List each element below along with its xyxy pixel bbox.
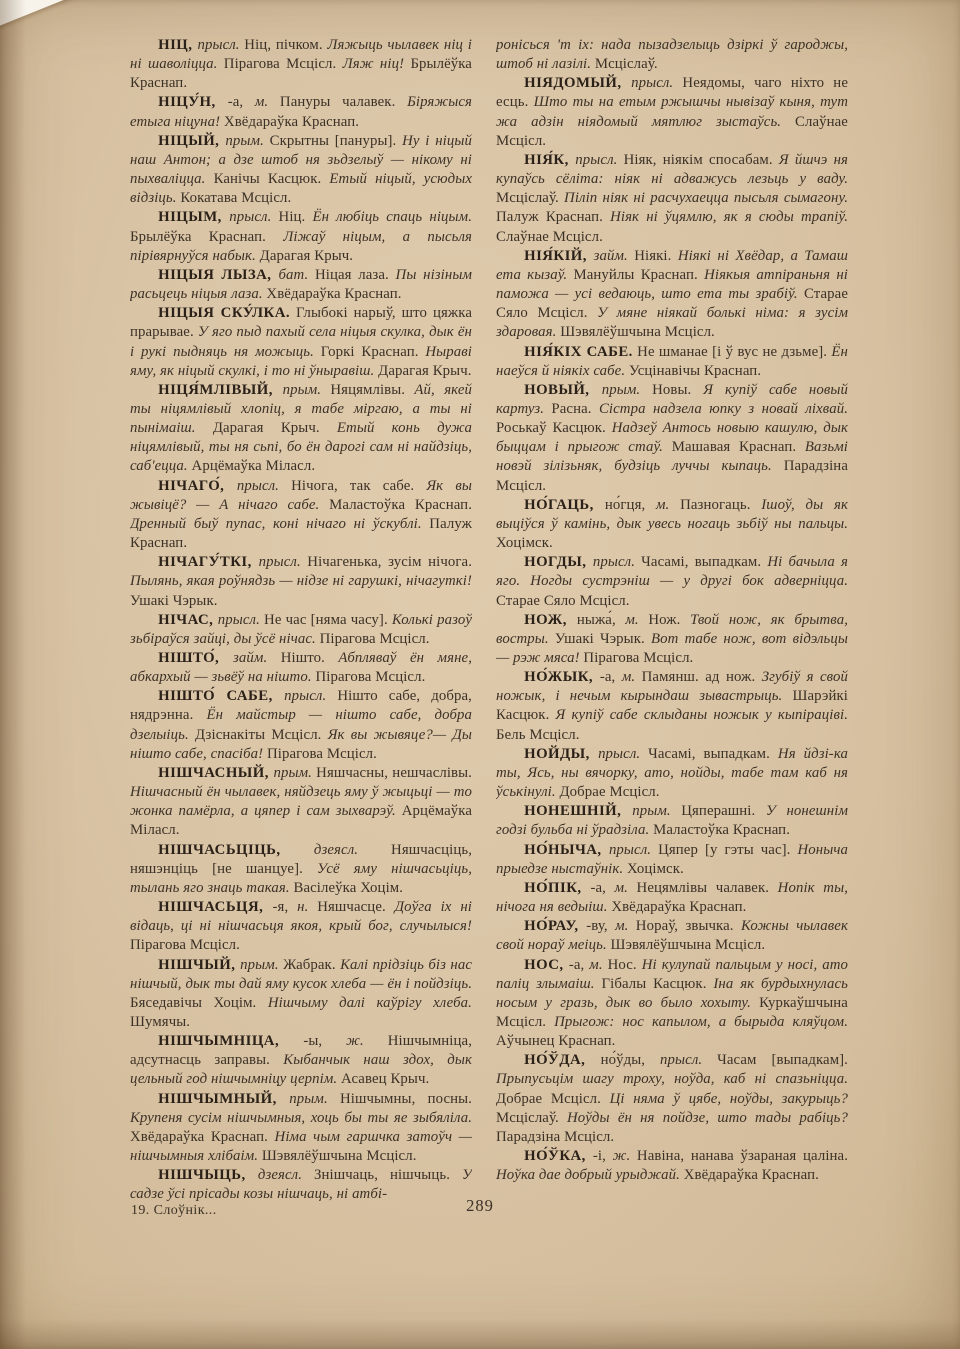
headword: НО́ГАЦЬ, <box>524 497 605 513</box>
definition-text: Хоцімск. <box>496 535 553 551</box>
definition-text: Пірагова Мсцісл. <box>217 56 342 72</box>
dictionary-entry: НОЖ, ныжа́, м. Нож. Твой нож, як брытва,… <box>496 611 848 668</box>
definition-text: Усцінавічы Краснап. <box>625 363 761 379</box>
grammar-label: прысл. <box>259 554 301 570</box>
definition-text: Гібалы Касцюк. <box>595 976 714 992</box>
headword: НІЯ́КІЙ, <box>524 248 594 264</box>
dictionary-entry: НІЯДОМЫЙ, прысл. Неядомы, чаго ніхто не … <box>496 74 848 151</box>
dictionary-entry: НІЯ́КІХ САБЕ. Не шманае [і ў вус не дзьм… <box>496 343 848 381</box>
definition-text: Часамі, выпадкам. <box>640 746 778 762</box>
definition-text: Ніякі. <box>628 248 678 264</box>
grammar-label: дзеясл. <box>314 842 358 858</box>
definition-text: -я, <box>273 899 298 915</box>
definition-text: Хвёдараўка Краснап. <box>608 899 747 915</box>
headword: НО́ЖЫК, <box>524 669 600 685</box>
dictionary-entry: НІШТО́ САБЕ, прысл. Нішто сабе, добра, н… <box>130 687 472 764</box>
definition-text: Нішчымны, посны. <box>328 1091 472 1107</box>
example-quote: Піліп ніяк ні расчухаецца пысьля сымагон… <box>564 190 848 206</box>
headword: НІЯДОМЫЙ, <box>524 75 631 91</box>
headword: НІЦЯ́МЛІВЫЙ, <box>158 382 282 398</box>
definition-text: Маластоўка Краснап. <box>319 497 472 513</box>
grammar-label: прым. <box>273 765 311 781</box>
dictionary-entry: НО́ЎКА, -і, ж. Навіна, нанава ўзараная ц… <box>496 1147 848 1185</box>
headword: НОЖ, <box>524 612 577 628</box>
grammar-label: м. <box>625 612 638 628</box>
headword: НО́ПІК, <box>524 880 590 896</box>
definition-text: Ушакі Чэрык. <box>549 631 651 647</box>
headword: НІЯ́К, <box>524 152 575 168</box>
grammar-label: прысл. <box>631 75 673 91</box>
definition-text: Парадзіна Мсцісл. <box>496 1129 614 1145</box>
dictionary-entry: НІЦЫЙ, прым. Скрытны [пануры]. Ну і ніцы… <box>130 132 472 209</box>
dictionary-entry: НІШЧЫЙ, прым. Жабрак. Калі прідзіць біз … <box>130 956 472 1033</box>
definition-text: Васілеўка Хоцім. <box>290 880 403 896</box>
definition-text: Пануры чалавек. <box>268 94 407 110</box>
definition-text: Пірагова Мсцісл. <box>312 669 426 685</box>
dictionary-entry: НІЦЯ́МЛІВЫЙ, прым. Няцямлівы. Ай, якей т… <box>130 381 472 477</box>
definition-text: Часамі, выпадкам. <box>635 554 767 570</box>
headword: НІШЧАСНЫЙ, <box>158 765 273 781</box>
dictionary-entry: НІШЧАСЬЦЯ, -я, н. Няшчасце. Доўга іх ні … <box>130 898 472 955</box>
grammar-label: м. <box>656 497 669 513</box>
definition-text: Шэвялёўшчына Мсцісл. <box>258 1148 416 1164</box>
definition-text: Ніц, пічком. <box>240 37 328 53</box>
grammar-label: прысл. <box>660 1052 702 1068</box>
dictionary-entry: НІШЧЫМНІЦА, -ы, ж. Нішчымніца, адсутнасц… <box>130 1032 472 1089</box>
definition-text: Нічога, так сабе. <box>279 478 426 494</box>
headword: НІЦУ́Н, <box>158 94 228 110</box>
grammar-label: м. <box>615 918 628 934</box>
definition-text: Нораў, звычка. <box>628 918 741 934</box>
definition-text: Хвёдараўка Краснап. <box>220 114 359 130</box>
definition-text: Не час [няма часу]. <box>260 612 392 628</box>
grammar-label: м. <box>622 669 635 685</box>
definition-text: Асавец Крыч. <box>337 1071 429 1087</box>
example-quote: Прыпусьцім шагу троху, ноўда, каб ні спа… <box>496 1071 848 1087</box>
definition-text: Мануйлы Краснап. <box>567 267 704 283</box>
grammar-label: прым. <box>283 382 321 398</box>
headword: НО́ЎКА, <box>524 1148 593 1164</box>
example-quote: Ён любіць спаць ніцым. <box>312 209 472 225</box>
grammar-label: прым. <box>240 957 278 973</box>
dictionary-entry: НІЦ, прысл. Ніц, пічком. Ляжыць чылавек … <box>130 36 472 93</box>
definition-text: -і, <box>593 1148 613 1164</box>
dictionary-entry: НОЙДЫ, прысл. Часамі, выпадкам. Ня йдзі-… <box>496 745 848 802</box>
headword: НО́РАУ, <box>524 918 586 934</box>
dictionary-entry: НО́ГАЦЬ, но́гця, м. Пазногаць. Ішоў, ды … <box>496 496 848 553</box>
grammar-label: м. <box>255 94 268 110</box>
definition-text: Пірагова Мсцісл. <box>263 746 377 762</box>
grammar-label: займ. <box>594 248 628 264</box>
right-column: ронісься 'т іх: нада пызадзелыць дзіркі … <box>496 36 848 1204</box>
headword: НІШЧЫЙ, <box>158 957 240 973</box>
scan-bottom-shadow <box>0 1319 960 1349</box>
grammar-label: прысл. <box>575 152 617 168</box>
definition-text: Пірагова Мсцісл. <box>316 631 430 647</box>
grammar-label: прысл. <box>593 554 635 570</box>
grammar-label: н. <box>297 899 308 915</box>
headword: НОС, <box>524 957 569 973</box>
definition-text: Дарагая Крыч. <box>374 363 471 379</box>
headword: НІШЧЫМНІЦА, <box>158 1033 303 1049</box>
grammar-label: прысл. <box>598 746 640 762</box>
definition-text: Горкі Краснап. <box>314 344 425 360</box>
definition-text: Бяседавічы Хоцім. <box>130 995 268 1011</box>
definition-text: Хвёдараўка Краснап. <box>130 1129 275 1145</box>
definition-text: Ніяк, ніякім спосабам. <box>617 152 778 168</box>
grammar-label: прым. <box>632 803 670 819</box>
definition-text: но́гця, <box>605 497 656 513</box>
definition-text: -а, <box>590 880 614 896</box>
definition-text: Аўчынец Краснап. <box>496 1033 615 1049</box>
dictionary-entry: НОНЕШНІЙ, прым. Цяперашні. У нонешнім го… <box>496 802 848 840</box>
definition-text: Нож. <box>639 612 690 628</box>
headword: НО́НЫЧА, <box>524 842 609 858</box>
definition-text: Мсціслаў. <box>496 1110 567 1126</box>
definition-text: Канічы Касцюк. <box>205 171 329 187</box>
example-quote: Ніяк ні ўцямлю, як я сюды трапіў. <box>610 209 848 225</box>
grammar-label: прым. <box>602 382 640 398</box>
dictionary-entry: НО́ПІК, -а, м. Нецямлівы чалавек. Нопік … <box>496 879 848 917</box>
scan-left-shadow <box>0 0 26 1349</box>
definition-text: Нецямлівы чалавек. <box>628 880 778 896</box>
definition-text: -ву, <box>586 918 615 934</box>
headword: НОЙДЫ, <box>524 746 598 762</box>
dictionary-entry: НОГДЫ, прысл. Часамі, выпадкам. Ні бачыл… <box>496 553 848 610</box>
definition-text: Нішто. <box>267 650 338 666</box>
example-quote: Прыгож: нос капылом, а бырыда кляўцом. <box>554 1014 848 1030</box>
definition-text: Ушакі Чэрык. <box>130 593 218 609</box>
dictionary-entry: НІЦЫЯ СКУ́ЛКА. Глыбокі нарыў, што цяжка … <box>130 304 472 381</box>
grammar-label: прысл. <box>609 842 651 858</box>
definition-text: но́ўды, <box>601 1052 660 1068</box>
definition-text: -ы, <box>303 1033 346 1049</box>
definition-text: Расна. <box>544 401 599 417</box>
dictionary-entry: НО́РАУ, -ву, м. Нораў, звычка. Кожны чыл… <box>496 917 848 955</box>
scanned-page: НІЦ, прысл. Ніц, пічком. Ляжыць чылавек … <box>0 0 960 1349</box>
grammar-label: бат. <box>278 267 308 283</box>
definition-text: Ніцая лаза. <box>308 267 395 283</box>
example-quote: Крупеня сусім нішчымныя, хоць бы ты яе з… <box>130 1110 472 1126</box>
example-quote: Нішчыму далі каўрігу хлеба. <box>268 995 472 1011</box>
headword: НІЦЫЯ СКУ́ЛКА. <box>158 305 290 321</box>
definition-text: -а, <box>600 669 622 685</box>
grammar-label: ж. <box>346 1033 364 1049</box>
headword: НІШЧЫМНЫЙ, <box>158 1091 289 1107</box>
definition-text: Цяперашні. <box>671 803 766 819</box>
example-quote: Ноўды ён ня пойдзе, што тады рабіць? <box>567 1110 848 1126</box>
grammar-label: прым. <box>225 133 263 149</box>
dictionary-entry: НІЧАС, прысл. Не час [няма часу]. Колькі… <box>130 611 472 649</box>
grammar-label: ж. <box>613 1148 631 1164</box>
headword: НОНЕШНІЙ, <box>524 803 632 819</box>
grammar-label: м. <box>615 880 628 896</box>
definition-text: Жабрак. <box>279 957 340 973</box>
definition-text: Добрае Мсцісл. <box>496 1091 610 1107</box>
dictionary-entry: НІЧАГО́, прысл. Нічога, так сабе. Як вы … <box>130 477 472 554</box>
left-column: НІЦ, прысл. Ніц, пічком. Ляжыць чылавек … <box>130 36 472 1204</box>
definition-text: Дарагая Крыч. <box>256 248 353 264</box>
grammar-label: прысл. <box>229 209 271 225</box>
definition-text: Палуж Краснап. <box>496 209 610 225</box>
definition-text: Маластоўка Краснап. <box>649 822 790 838</box>
example-quote: Ноўка дае добрый урыджай. <box>496 1167 680 1183</box>
dictionary-entry: НІЦУ́Н, -а, м. Пануры чалавек. Біряжыся … <box>130 93 472 131</box>
headword: НІШТО́, <box>158 650 233 666</box>
definition-text: Дзіснакіты Мсцісл. <box>189 727 328 743</box>
grammar-label: займ. <box>233 650 267 666</box>
headword: НО́ЎДА, <box>524 1052 600 1068</box>
headword: НІЦ, <box>158 37 197 53</box>
definition-text: Няцямлівы. <box>321 382 414 398</box>
dictionary-entry: НІЧАГУ́ТКІ, прысл. Нічагенька, зусім ніч… <box>130 553 472 610</box>
definition-text: Шэвялёўшчына Мсцісл. <box>556 324 714 340</box>
definition-text: Хвёдараўка Краснап. <box>263 286 402 302</box>
example-quote: Я купіў сабе склыданы ножык у кыпіраціві… <box>556 707 848 723</box>
definition-text: Мсціслаў. <box>496 190 564 206</box>
grammar-label: прым. <box>289 1091 327 1107</box>
definition-text: Пазногаць. <box>669 497 761 513</box>
headword: НІШЧАСЬЦЯ, <box>158 899 272 915</box>
definition-text: -а, <box>228 94 255 110</box>
definition-text: Слаўнае Мсцісл. <box>496 229 603 245</box>
definition-text: Брылёўка Краснап. <box>130 229 283 245</box>
headword: НІШТО́ САБЕ, <box>158 688 284 704</box>
dictionary-entry: НОВЫЙ, прым. Новы. Я купіў сабе новый ка… <box>496 381 848 496</box>
dictionary-entry: НІЦЫМ, прысл. Ніц. Ён любіць спаць ніцым… <box>130 208 472 265</box>
example-quote: Ляж ніц! <box>343 56 404 72</box>
headword: НІЦЫМ, <box>158 209 229 225</box>
definition-text: Нічагенька, зусім нічога. <box>301 554 472 570</box>
definition-text: Навіна, нанава ўзараная цаліна. <box>630 1148 848 1164</box>
definition-text: Добрае Мсцісл. <box>556 784 660 800</box>
definition-text: Пірагова Мсцісл. <box>130 937 240 953</box>
definition-text: Шэвялёўшчына Мсцісл. <box>607 937 765 953</box>
dictionary-entry: НІШЧЫМНЫЙ, прым. Нішчымны, посны. Крупен… <box>130 1090 472 1167</box>
definition-text: Часам [выпадкам]. <box>702 1052 848 1068</box>
definition-text: Няшчасце. <box>308 899 394 915</box>
definition-text: Ніц. <box>271 209 312 225</box>
definition-text: Кокатава Мсцісл. <box>177 190 292 206</box>
definition-text: -а, <box>569 957 589 973</box>
grammar-label: м. <box>589 957 602 973</box>
dictionary-entry: НО́ЎДА, но́ўды, прысл. Часам [выпадкам].… <box>496 1051 848 1147</box>
headword: НІЧАС, <box>158 612 218 628</box>
definition-text: Дарагая Крыч. <box>196 420 337 436</box>
example-quote: Ці няма ў цябе, ноўды, закурыць? <box>610 1091 848 1107</box>
definition-text: Цяпер [у гэты час]. <box>651 842 797 858</box>
definition-text: Знішчаць, нішчыць. <box>302 1167 462 1183</box>
definition-text: Скрытны [пануры]. <box>264 133 402 149</box>
definition-text: Мсціслаў. <box>591 56 658 72</box>
dictionary-entry: НІШТО́, займ. Нішто. Абпляваў ён мяне, а… <box>130 649 472 687</box>
entry-continuation: ронісься 'т іх: нада пызадзелыць дзіркі … <box>496 36 848 74</box>
headword: НОГДЫ, <box>524 554 593 570</box>
headword: НІШЧАСЬЦІЦЬ, <box>158 842 314 858</box>
example-quote: Сістра надзела юпку з новай ліхвай. <box>599 401 848 417</box>
definition-text: Памянш. ад нож. <box>635 669 762 685</box>
definition-text: Роськаў Касцюк. <box>496 420 612 436</box>
dictionary-entry: НІЯ́КІЙ, займ. Ніякі. Ніякі ні Хвёдар, а… <box>496 247 848 343</box>
headword: НІЧАГО́, <box>158 478 237 494</box>
grammar-label: прысл. <box>237 478 279 494</box>
definition-text: Старае Сяло Мсцісл. <box>496 593 630 609</box>
dictionary-entry: НІЦЫЯ ЛЫЗА, бат. Ніцая лаза. Пы нізіным … <box>130 266 472 304</box>
grammar-label: прысл. <box>218 612 260 628</box>
grammar-label: прысл. <box>197 37 239 53</box>
grammar-label: прысл. <box>284 688 326 704</box>
dictionary-entry: НІШЧАСНЫЙ, прым. Няшчасны, нешчаслівы. Н… <box>130 764 472 841</box>
dictionary-entry: НІЯ́К, прысл. Ніяк, ніякім спосабам. Я й… <box>496 151 848 247</box>
headword: НІЧАГУ́ТКІ, <box>158 554 259 570</box>
headword: НІЦЫЯ ЛЫЗА, <box>158 267 278 283</box>
definition-text: Шумячы. <box>130 1014 190 1030</box>
definition-text: Нос. <box>603 957 642 973</box>
dictionary-entry: НІШЧАСЬЦІЦЬ, дзеясл. Няшчасціць, няшэнці… <box>130 841 472 898</box>
dictionary-entry: НО́НЫЧА, прысл. Цяпер [у гэты час]. Ноны… <box>496 841 848 879</box>
example-quote: Дренный быў пупас, коні нічаго ні ўскубл… <box>130 516 422 532</box>
definition-text: Хвёдараўка Краснап. <box>680 1167 819 1183</box>
definition-text: Бель Мсцісл. <box>496 727 580 743</box>
definition-text: Хоцімск. <box>623 861 684 877</box>
dictionary-entry: НОС, -а, м. Нос. Ні кулупай пальцым у но… <box>496 956 848 1052</box>
definition-text: Новы. <box>640 382 703 398</box>
grammar-label: дзеясл. <box>258 1167 302 1183</box>
page-number: 289 <box>0 1196 960 1216</box>
definition-text: Пірагова Мсцісл. <box>580 650 694 666</box>
dictionary-entry: НО́ЖЫК, -а, м. Памянш. ад нож. Згубіў я … <box>496 668 848 745</box>
headword: НОВЫЙ, <box>524 382 602 398</box>
definition-text: Няшчасны, нешчаслівы. <box>312 765 472 781</box>
headword: НІЯ́КІХ САБЕ. <box>524 344 633 360</box>
definition-text: ныжа́, <box>577 612 626 628</box>
example-quote: Пылянь, якая роўнядзь — нідзе ні гарушкі… <box>130 573 472 589</box>
definition-text: Машавая Краснап. <box>663 439 805 455</box>
headword: НІЦЫЙ, <box>158 133 225 149</box>
definition-text: Арцёмаўка Міласл. <box>188 458 315 474</box>
headword: НІШЧЫЦЬ, <box>158 1167 258 1183</box>
example-quote: ронісься 'т іх: нада пызадзелыць дзіркі … <box>496 37 848 72</box>
definition-text: Не шманае [і ў вус не дзьме]. <box>633 344 832 360</box>
